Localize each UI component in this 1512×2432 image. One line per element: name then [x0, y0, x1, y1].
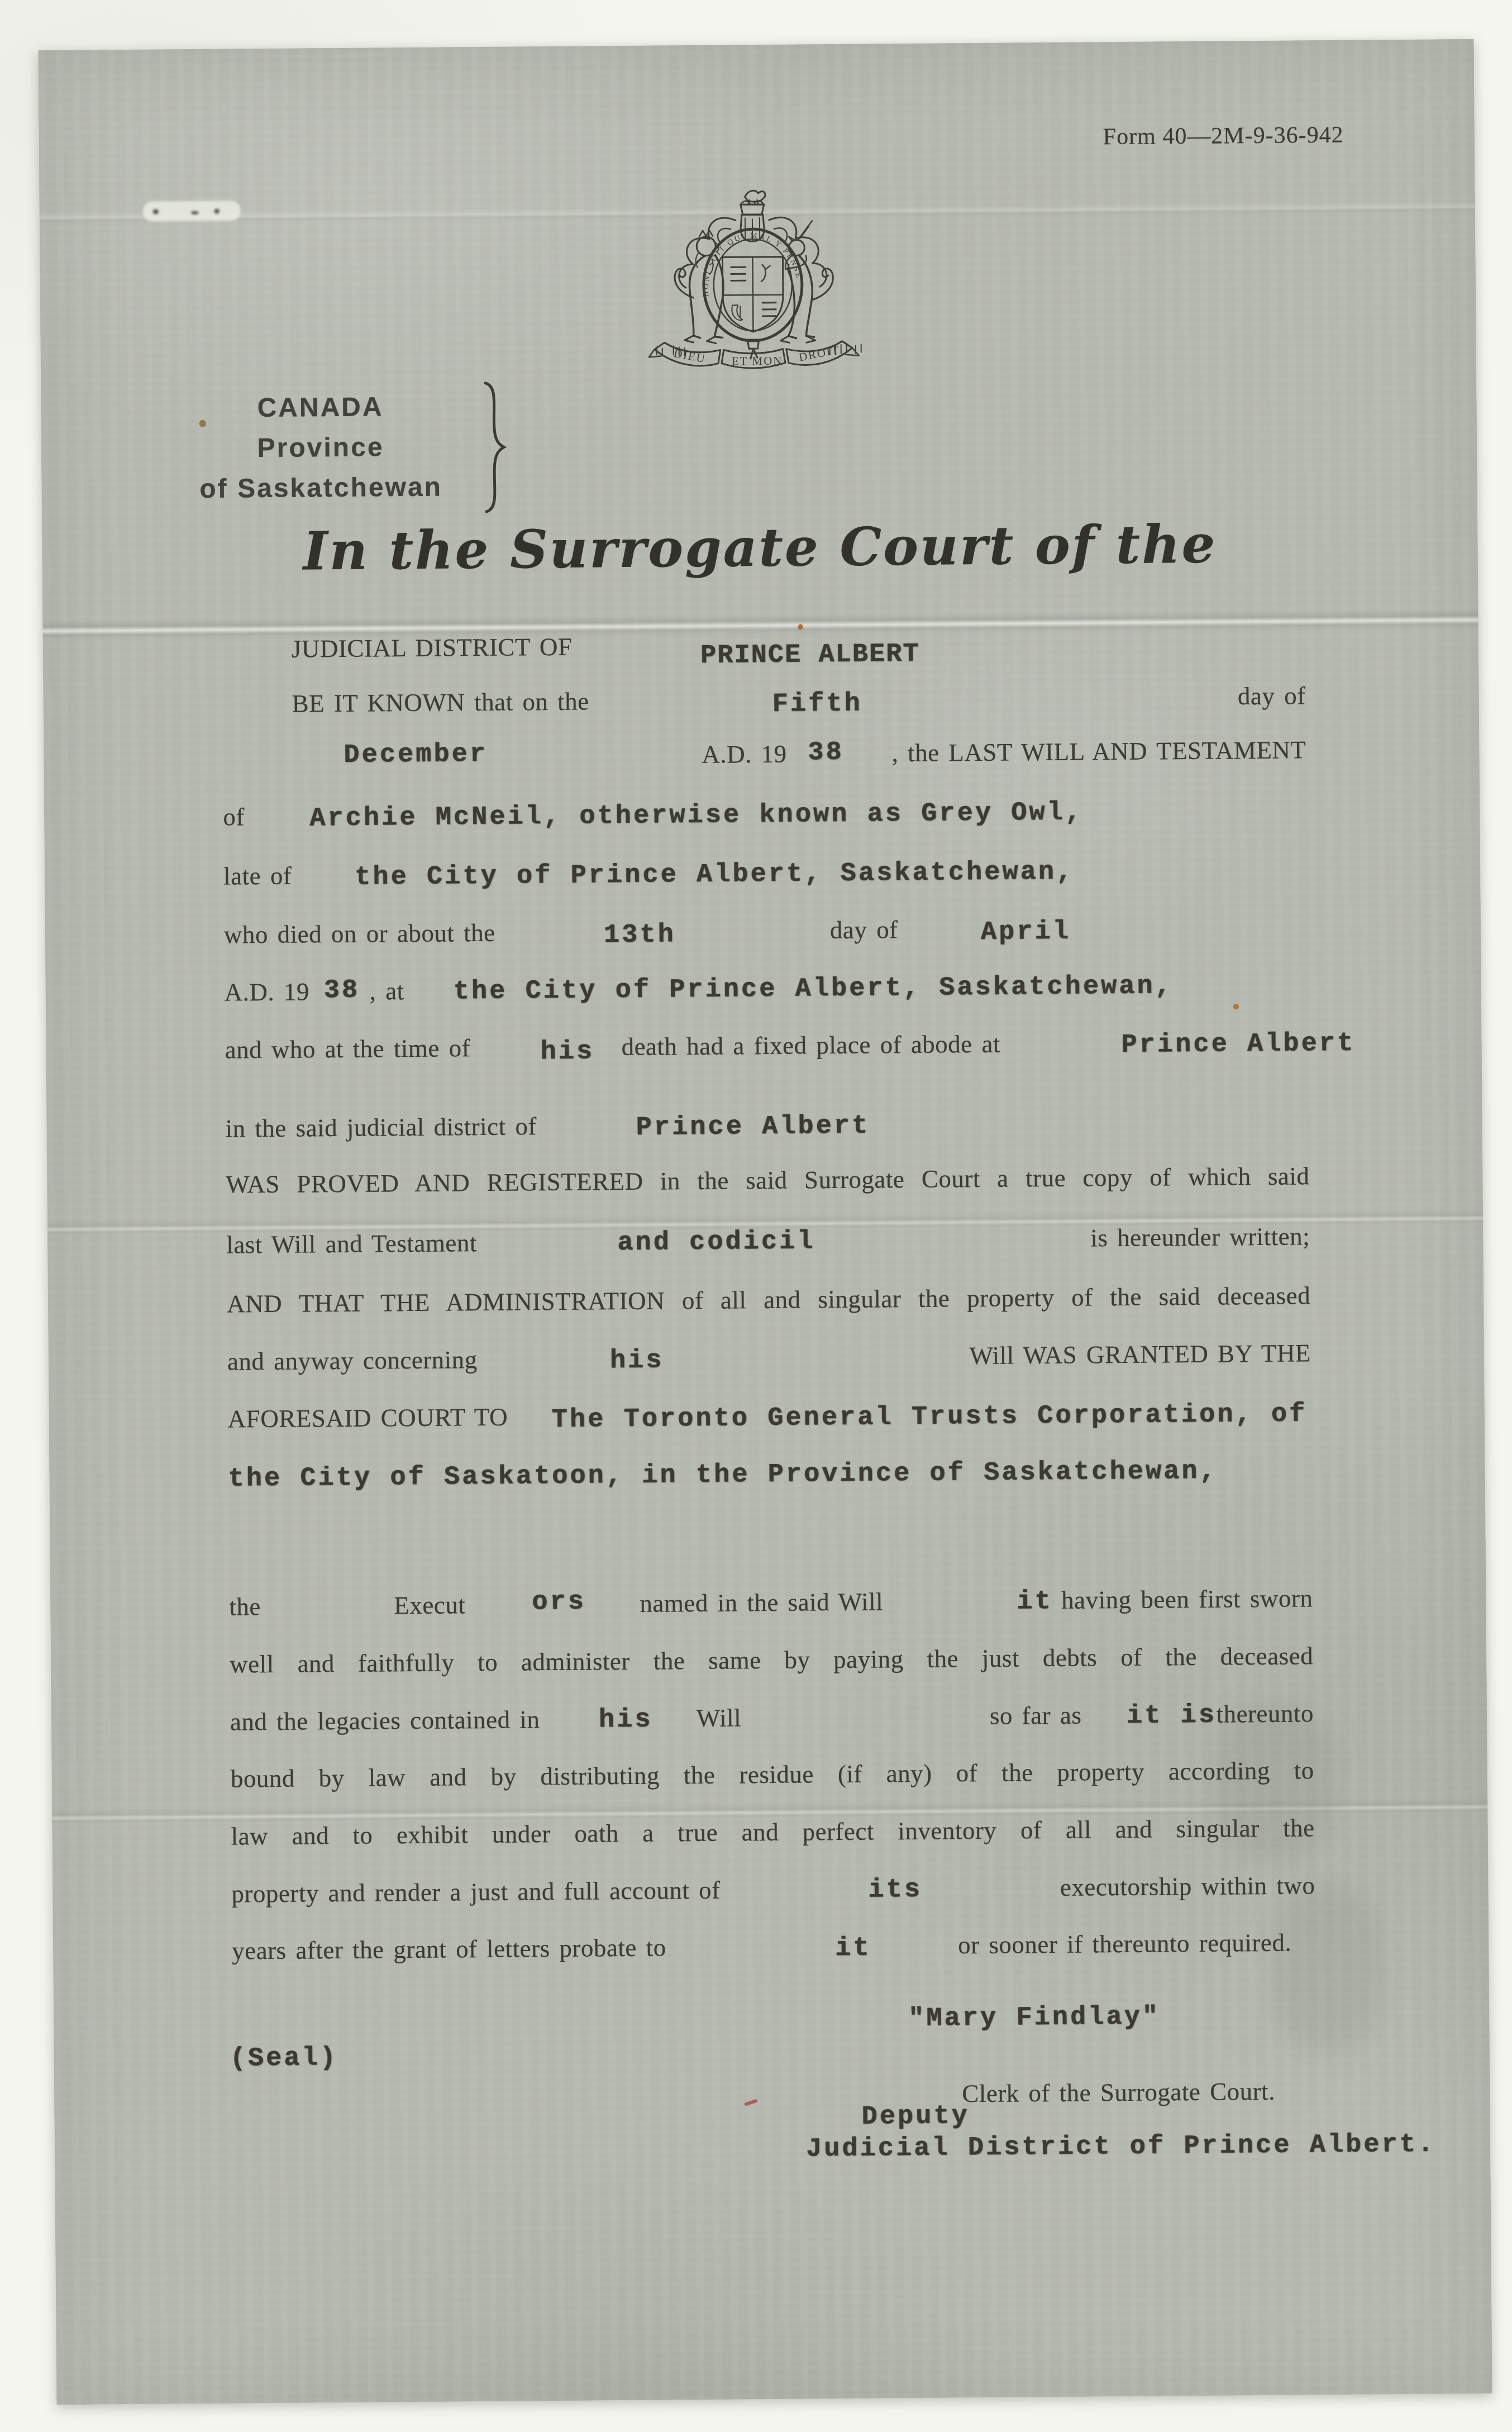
printed-form-text: , at — [370, 976, 404, 1005]
typewritten-text: Archie McNeil, otherwise known as Grey O… — [309, 798, 1083, 834]
line-be-it-known: BE IT KNOWN that on theFifthday of — [43, 680, 1478, 730]
line-probate-years: years after the grant of letters probate… — [53, 1926, 1489, 1977]
printed-form-text: AFORESAID COURT TO — [228, 1403, 508, 1434]
typewritten-text: "Mary Findlay" — [908, 2002, 1160, 2034]
typewritten-text: Prince Albert — [636, 1112, 870, 1143]
typewritten-text: his — [610, 1346, 664, 1376]
printed-form-text: Will — [697, 1703, 742, 1733]
typewritten-text: Fifth — [772, 689, 862, 719]
typewritten-text: (Seal) — [230, 2043, 338, 2074]
printed-form-text: A.D. 19 — [702, 740, 787, 769]
printed-form-text: last Will and Testament — [226, 1228, 477, 1260]
typewritten-text: April — [981, 917, 1071, 947]
typewritten-text: it is — [1127, 1701, 1217, 1731]
printed-form-text: A.D. 19 — [225, 977, 310, 1007]
typewritten-text: 38 — [808, 738, 844, 768]
line-saskatoon: the City of Saskatoon, in the Province o… — [49, 1453, 1485, 1504]
printed-form-text: day of — [830, 915, 898, 945]
printed-form-text: law and to exhibit under oath a true and… — [231, 1813, 1314, 1851]
printed-form-text: who died on or about the — [224, 918, 495, 950]
typewritten-text: Deputy — [861, 2101, 970, 2132]
printed-form-text: is hereunder written; — [1090, 1222, 1310, 1252]
printed-form-text: and anyway concerning — [227, 1345, 478, 1376]
printed-form-text: named in the said Will — [640, 1587, 883, 1618]
line-inventory: law and to exhibit under oath a true and… — [52, 1812, 1487, 1862]
line-deceased-name: ofArchie McNeil, otherwise known as Grey… — [44, 793, 1480, 843]
line-legacies: and the legacies contained inhisWillso f… — [51, 1697, 1487, 1748]
printed-form-text: so far as — [990, 1701, 1082, 1730]
line-death-date: who died on or about the13thday ofApril — [45, 910, 1481, 961]
printed-form-text: thereunto — [1216, 1699, 1314, 1728]
printed-form-text: late of — [223, 861, 292, 891]
printed-form-text: the — [229, 1592, 261, 1621]
line-judicial-district-of: in the said judicial district ofPrince A… — [46, 1104, 1482, 1155]
printed-form-text: , the LAST WILL AND TESTAMENT — [892, 735, 1306, 767]
line-death-place: A.D. 1938, atthe City of Prince Albert, … — [46, 968, 1481, 1018]
printed-form-text: Execut — [394, 1590, 465, 1620]
typewritten-text: December — [344, 740, 488, 770]
scanned-document-page: { "header": { "form_number": "Form 40—2M… — [0, 0, 1512, 2432]
printed-form-text: having been first sworn — [1061, 1584, 1313, 1615]
typewritten-text: PRINCE ALBERT — [700, 640, 920, 671]
printed-form-text: property and render a just and full acco… — [231, 1876, 721, 1909]
printed-form-text: and the legacies contained in — [230, 1705, 540, 1736]
printed-form-text: JUDICIAL DISTRICT OF — [292, 632, 573, 664]
line-aforesaid-court: AFORESAID COURT TOThe Toronto General Tr… — [49, 1395, 1485, 1445]
printed-form-text: years after the grant of letters probate… — [232, 1933, 666, 1965]
line-concerning: and anyway concerninghisWill WAS GRANTED… — [49, 1337, 1484, 1387]
typewritten-text: ors — [532, 1587, 586, 1618]
typewritten-text: the City of Saskatoon, in the Province o… — [228, 1457, 1218, 1494]
line-residue: bound by law and by distributing the res… — [52, 1754, 1487, 1805]
typewritten-text: Prince Albert — [1121, 1029, 1355, 1060]
printed-form-text: well and faithfully to administer the sa… — [230, 1641, 1313, 1678]
printed-form-text: of — [223, 802, 245, 831]
line-abode: and who at the time ofhisdeath had a fix… — [46, 1026, 1481, 1076]
line-late-of: late ofthe City of Prince Albert, Saskat… — [45, 852, 1480, 902]
line-proved-registered: WAS PROVED AND REGISTERED in the said Su… — [47, 1160, 1482, 1210]
typewritten-text: Judicial District of Prince Albert. — [806, 2130, 1436, 2164]
line-account: property and render a just and full acco… — [53, 1870, 1488, 1920]
printed-form-text: day of — [1238, 681, 1306, 710]
printed-form-text: Will WAS GRANTED BY THE — [969, 1338, 1311, 1370]
typewritten-text: it — [1017, 1587, 1053, 1617]
document-paper: Form 40—2M-9-36-942 — [38, 39, 1492, 2405]
line-executors: theExecutorsnamed in the said Willithavi… — [50, 1582, 1486, 1633]
line-codicil: last Will and Testamentand codicilis her… — [47, 1220, 1483, 1271]
typewritten-text: The Toronto General Trusts Corporation, … — [552, 1399, 1308, 1435]
line-faithfully: well and faithfully to administer the sa… — [51, 1640, 1486, 1690]
typewritten-text: the City of Prince Albert, Saskatchewan, — [454, 971, 1174, 1007]
typewritten-text: his — [540, 1037, 594, 1067]
typewritten-text: 13th — [604, 920, 676, 950]
printed-form-text: AND THAT THE ADMINISTRATION of all and s… — [227, 1281, 1310, 1318]
printed-form-text: death had a fixed place of abode at — [621, 1029, 1000, 1061]
printed-form-text: bound by law and by distributing the res… — [231, 1756, 1314, 1793]
printed-form-text: and who at the time of — [225, 1033, 470, 1064]
line-administration: AND THAT THE ADMINISTRATION of all and s… — [48, 1280, 1484, 1330]
printed-form-text: executorship within two — [1060, 1871, 1315, 1902]
printed-form-text: WAS PROVED AND REGISTERED in the said Su… — [226, 1161, 1309, 1199]
line-judicial-district: JUDICIAL DISTRICT OFPRINCE ALBERT — [43, 625, 1478, 675]
typewritten-text: his — [599, 1705, 653, 1735]
printed-form-text: in the said judicial district of — [225, 1112, 537, 1143]
printed-form-text: BE IT KNOWN that on the — [292, 686, 589, 718]
typewritten-text: 38 — [324, 976, 360, 1006]
printed-form-text: or sooner if thereunto required. — [958, 1928, 1291, 1960]
typewritten-text: the City of Prince Albert, Saskatchewan, — [355, 857, 1075, 893]
typewritten-text: it — [835, 1934, 871, 1964]
typewritten-text: and codicil — [617, 1227, 815, 1258]
typewritten-text: its — [868, 1875, 922, 1905]
document-body: JUDICIAL DISTRICT OFPRINCE ALBERTBE IT K… — [38, 39, 1492, 2405]
line-date-testament: DecemberA.D. 1938, the LAST WILL AND TES… — [44, 734, 1479, 784]
